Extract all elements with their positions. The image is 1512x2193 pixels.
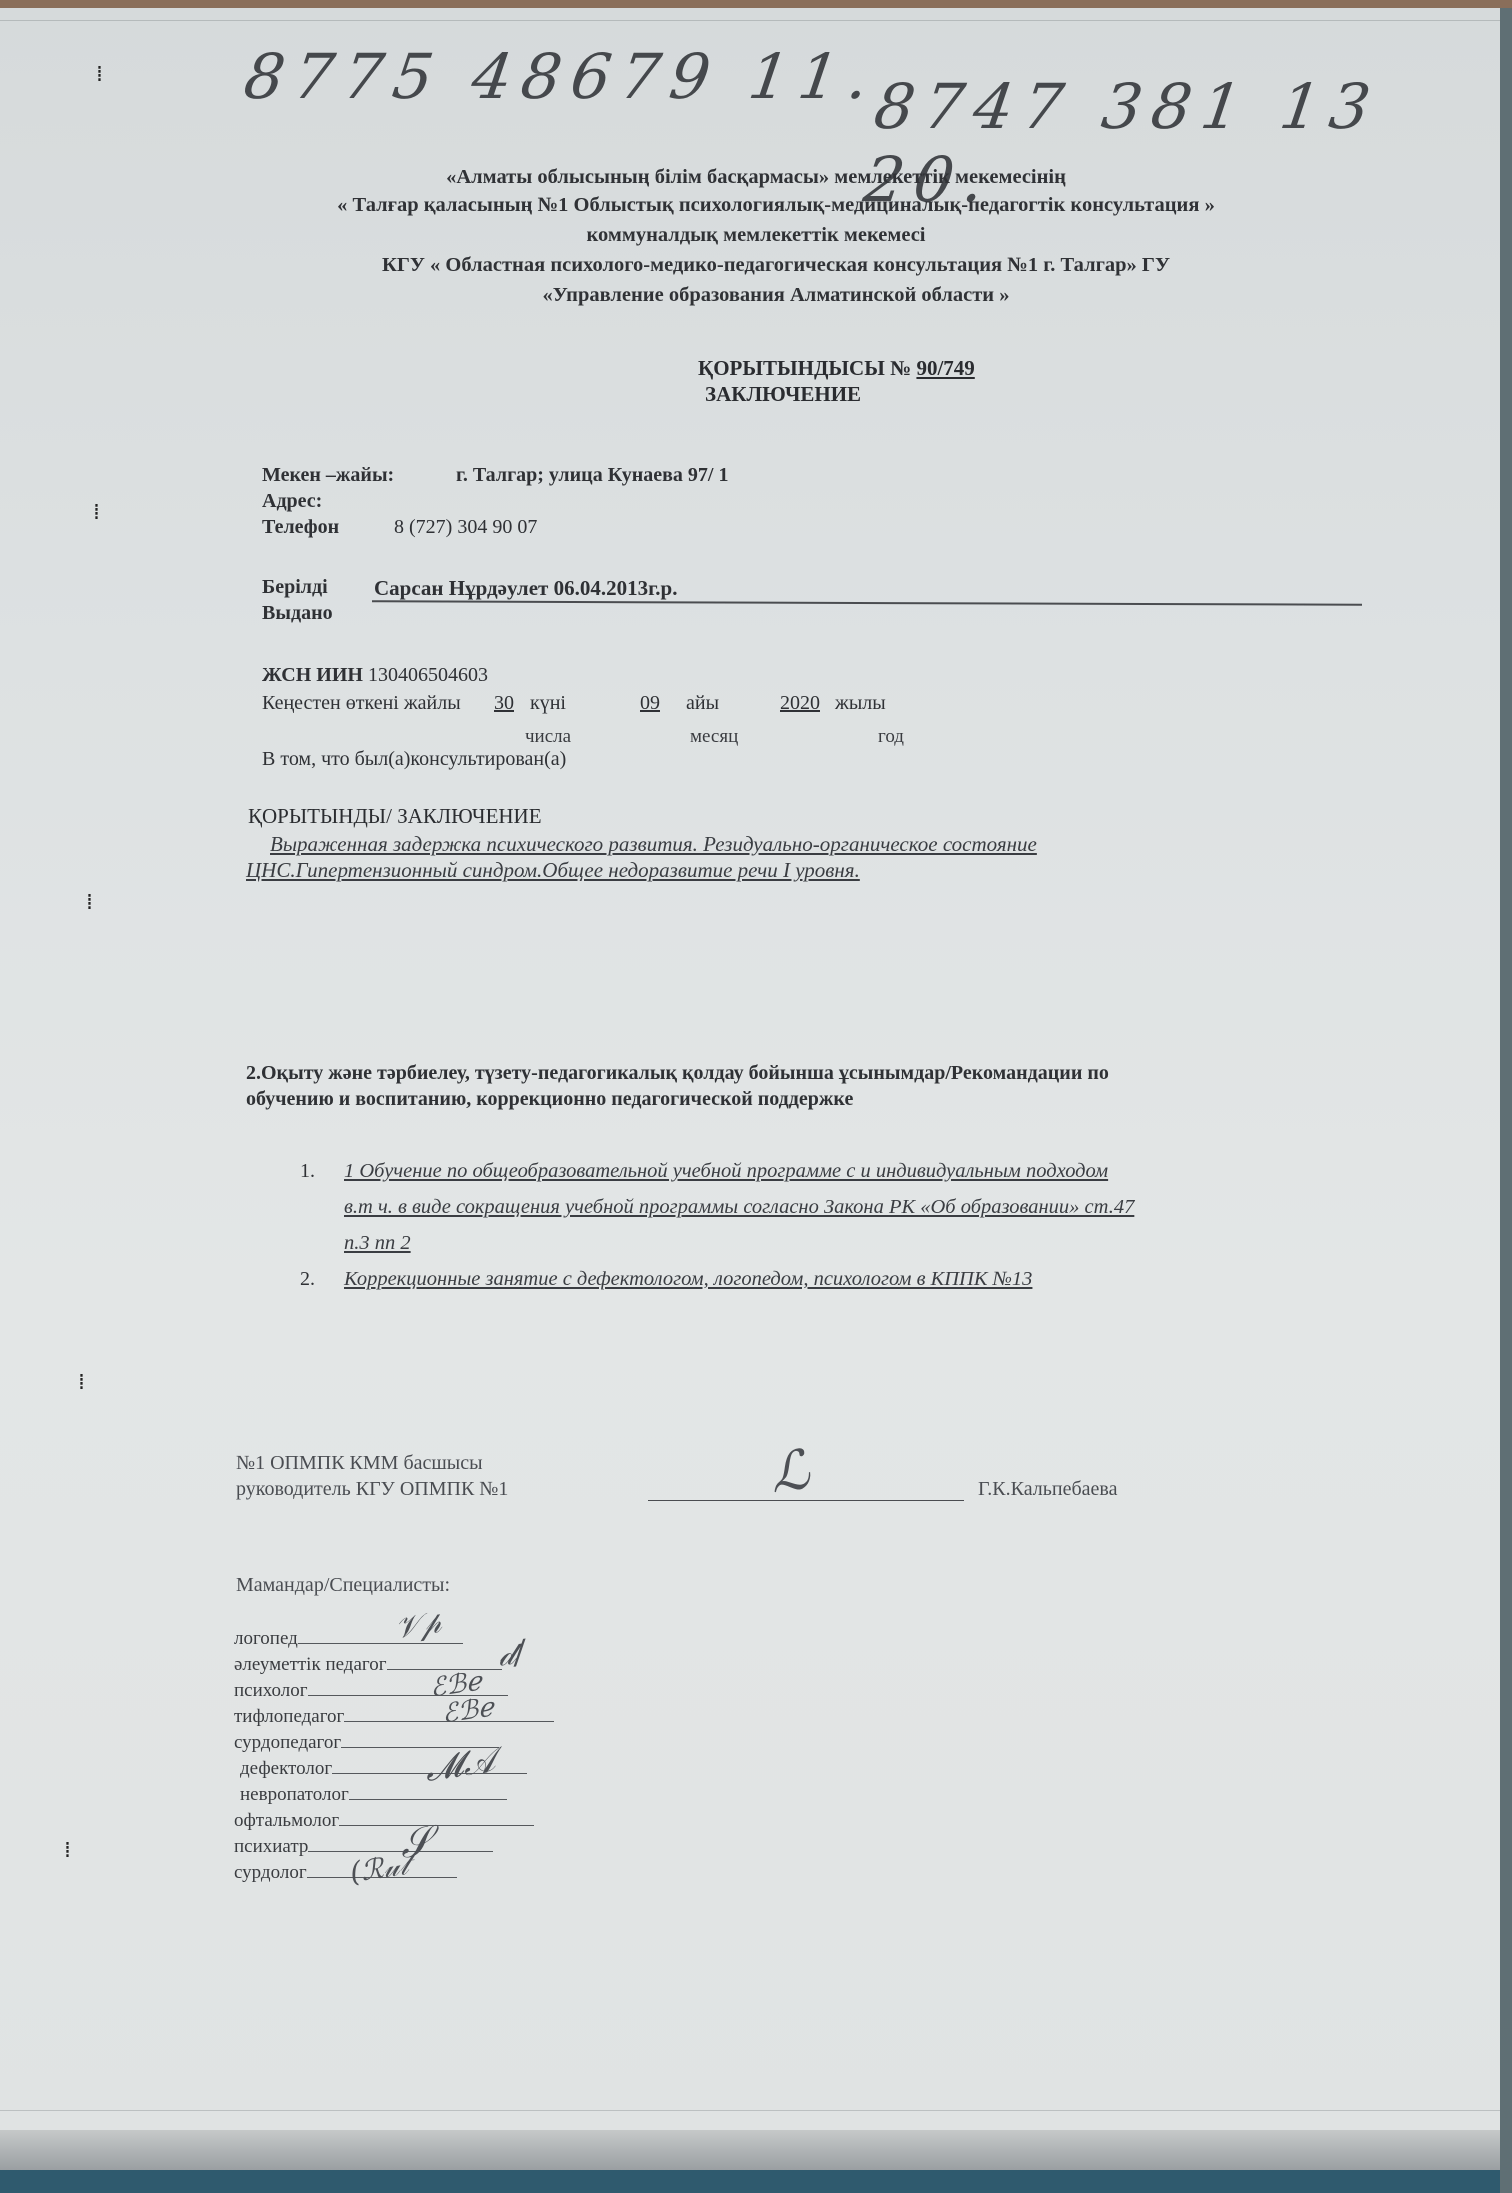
- specialist-role: логопед: [234, 1628, 298, 1649]
- header-line-2: « Талғар қаласының №1 Облыстық психологи…: [20, 194, 1512, 217]
- director-title-kz: №1 ОПМПК КММ басшысы: [236, 1452, 483, 1475]
- specialist-role: невропатолог: [240, 1784, 349, 1805]
- recommendation-num-1: 1.: [300, 1160, 315, 1183]
- address-label-ru: Адрес:: [262, 490, 322, 513]
- document-title-ru: ЗАКЛЮЧЕНИЕ: [705, 382, 861, 407]
- day-label-ru: числа: [525, 726, 571, 748]
- specialist-row: невропатолог: [240, 1784, 507, 1806]
- director-name: Г.К.Кальпебаева: [978, 1478, 1117, 1501]
- specialist-role: әлеуметтік педагог: [234, 1654, 387, 1675]
- signature-line: [387, 1669, 502, 1670]
- header-line-3: коммуналдық мемлекеттік мекемесі: [0, 224, 1512, 247]
- specialist-role: офтальмолог: [234, 1810, 339, 1831]
- page-right-edge: [1500, 8, 1512, 2193]
- crease-line: [0, 20, 1500, 21]
- document-title-kz: ҚОРЫТЫНДЫСЫ № 90/749: [698, 356, 975, 381]
- consultation-day: 30: [494, 692, 514, 715]
- day-label-kz: күні: [530, 692, 566, 715]
- punch-mark-icon: ⁞: [86, 890, 93, 915]
- recommendations-heading-1: 2.Оқыту және тәрбиелеу, түзету-педагогик…: [246, 1062, 1109, 1085]
- consultation-date-label: Кеңестен өткені жайлы: [262, 692, 461, 715]
- title-kz: ҚОРЫТЫНДЫСЫ №: [698, 356, 911, 380]
- consultation-year: 2020: [780, 692, 820, 715]
- header-line-5: «Управление образования Алматинской обла…: [20, 284, 1512, 307]
- punch-mark-icon: ⁞: [96, 62, 103, 87]
- iin-value: 130406504603: [368, 664, 488, 686]
- specialist-role: психолог: [234, 1680, 308, 1701]
- recommendations-heading-2: обучению и воспитанию, коррекционно педа…: [246, 1088, 853, 1111]
- iin-row: ЖСН ИИН 130406504603: [262, 664, 488, 687]
- specialist-role: сурдолог: [234, 1862, 307, 1883]
- specialist-row: сурдолог: [234, 1862, 457, 1884]
- address-value: г. Талгар; улица Кунаева 97/ 1: [456, 464, 728, 487]
- signature-line: [339, 1825, 534, 1826]
- month-label-ru: месяц: [690, 726, 738, 748]
- address-label-kz: Мекен –жайы:: [262, 464, 394, 487]
- phone-label: Телефон: [262, 516, 339, 539]
- director-title-ru: руководитель КГУ ОПМПК №1: [236, 1478, 508, 1501]
- specialist-row: тифлопедагог: [234, 1706, 554, 1728]
- conclusion-text-2: ЦНС.Гипертензионный синдром.Общее недора…: [246, 858, 860, 883]
- recommendation-2-line-1: Коррекционные занятие с дефектологом, ло…: [344, 1268, 1032, 1291]
- handwritten-phone-1: 8775 48679 11.: [240, 40, 883, 113]
- specialists-heading: Мамандар/Специалисты:: [236, 1574, 450, 1597]
- recommendation-1-line-1: 1 Обучение по общеобразовательной учебно…: [344, 1160, 1108, 1183]
- month-label-kz: айы: [686, 692, 719, 715]
- specialist-role: дефектолог: [240, 1758, 332, 1779]
- year-label-ru: год: [878, 726, 904, 748]
- phone-value: 8 (727) 304 90 07: [394, 516, 537, 539]
- issued-label-kz: Берілді: [262, 576, 328, 599]
- signature-social-pedagog-icon: 𝒹/: [495, 1632, 527, 1674]
- specialist-role: сурдопедагог: [234, 1732, 341, 1753]
- punch-mark-icon: ⁞: [78, 1370, 85, 1395]
- conclusion-heading: ҚОРЫТЫНДЫ/ ЗАКЛЮЧЕНИЕ: [248, 804, 542, 829]
- signature-logoped-icon: 𝒱𝓅: [393, 1605, 444, 1646]
- signature-line: [349, 1799, 507, 1800]
- consulted-statement: В том, что был(а)консультирован(а): [262, 748, 566, 771]
- consultation-month: 09: [640, 692, 660, 715]
- punch-mark-icon: ⁞: [64, 1838, 71, 1863]
- crease-line: [0, 2110, 1500, 2111]
- header-line-1: «Алматы облысының білім басқармасы» мемл…: [0, 166, 1512, 189]
- specialist-row: офтальмолог: [234, 1810, 534, 1832]
- document-number: 90/749: [916, 356, 974, 380]
- specialist-role: тифлопедагог: [234, 1706, 344, 1727]
- punch-mark-icon: ⁞: [93, 500, 100, 525]
- issued-label-ru: Выдано: [262, 602, 333, 625]
- issued-to-value: Сарсан Нұрдәулет 06.04.2013г.р.: [374, 576, 677, 601]
- recommendation-num-2: 2.: [300, 1268, 315, 1291]
- page-bottom-edge: [0, 2130, 1500, 2170]
- year-label-kz: жылы: [835, 692, 886, 715]
- conclusion-text-1: Выраженная задержка психического развити…: [246, 832, 1037, 856]
- specialist-role: психиатр: [234, 1836, 308, 1857]
- iin-label: ЖСН ИИН: [262, 664, 363, 686]
- conclusion-line-1: Выраженная задержка психического развити…: [246, 832, 1037, 857]
- recommendation-1-line-2: в.т ч. в виде сокращения учебной програм…: [344, 1196, 1134, 1219]
- signature-line: [298, 1643, 463, 1644]
- header-line-4: КГУ « Областная психолого-медико-педагог…: [20, 254, 1512, 277]
- recommendation-1-line-3: п.3 пп 2: [344, 1232, 411, 1255]
